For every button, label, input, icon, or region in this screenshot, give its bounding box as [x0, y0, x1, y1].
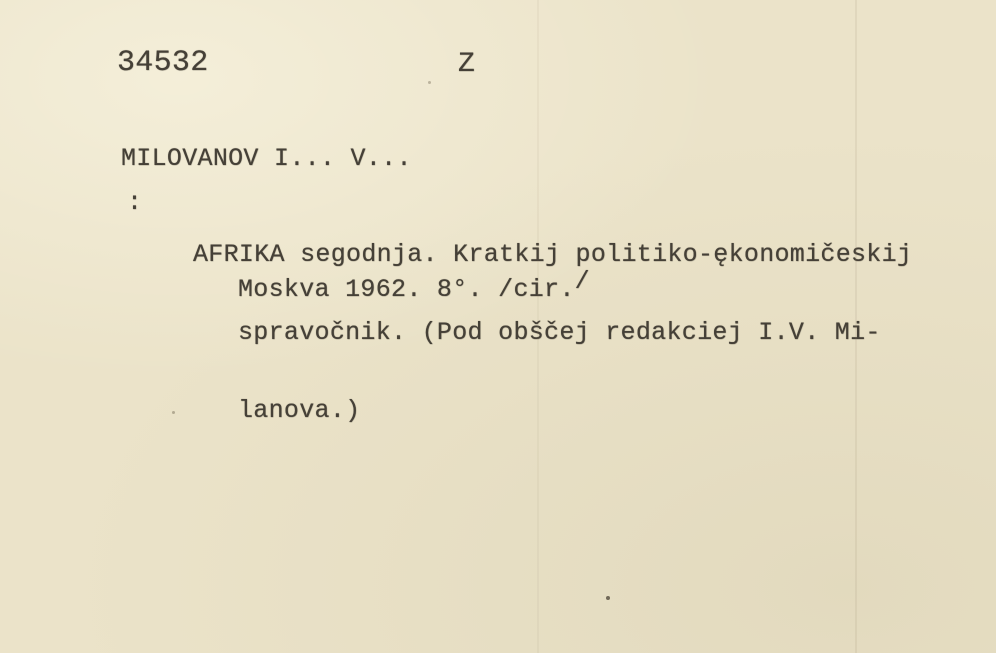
catalog-card: 34532 Z MILOVANOV I... V... : AFRIKA seg…: [0, 0, 996, 653]
title-line-2: spravočnik. (Pod obščej redakciej I.V. M…: [238, 320, 912, 346]
entry-separator: :: [127, 190, 142, 216]
ink-speck: [606, 596, 610, 600]
paper-crease-right: [855, 0, 857, 653]
title-line-1: AFRIKA segodnja. Kratkij politiko-ękonom…: [193, 242, 912, 268]
author-heading: MILOVANOV I... V...: [121, 146, 412, 172]
call-number: 34532: [117, 47, 209, 79]
title-line-3: lanova.): [238, 398, 912, 424]
paper-speck: [172, 411, 175, 414]
imprint-raised-slash: /: [575, 269, 590, 295]
shelf-letter: Z: [458, 50, 475, 80]
paper-speck: [428, 81, 431, 84]
imprint-text: Moskva 1962. 8°. /cir.: [238, 275, 575, 304]
title-block: AFRIKA segodnja. Kratkij politiko-ękonom…: [193, 190, 912, 476]
paper-crease-middle: [537, 0, 539, 653]
